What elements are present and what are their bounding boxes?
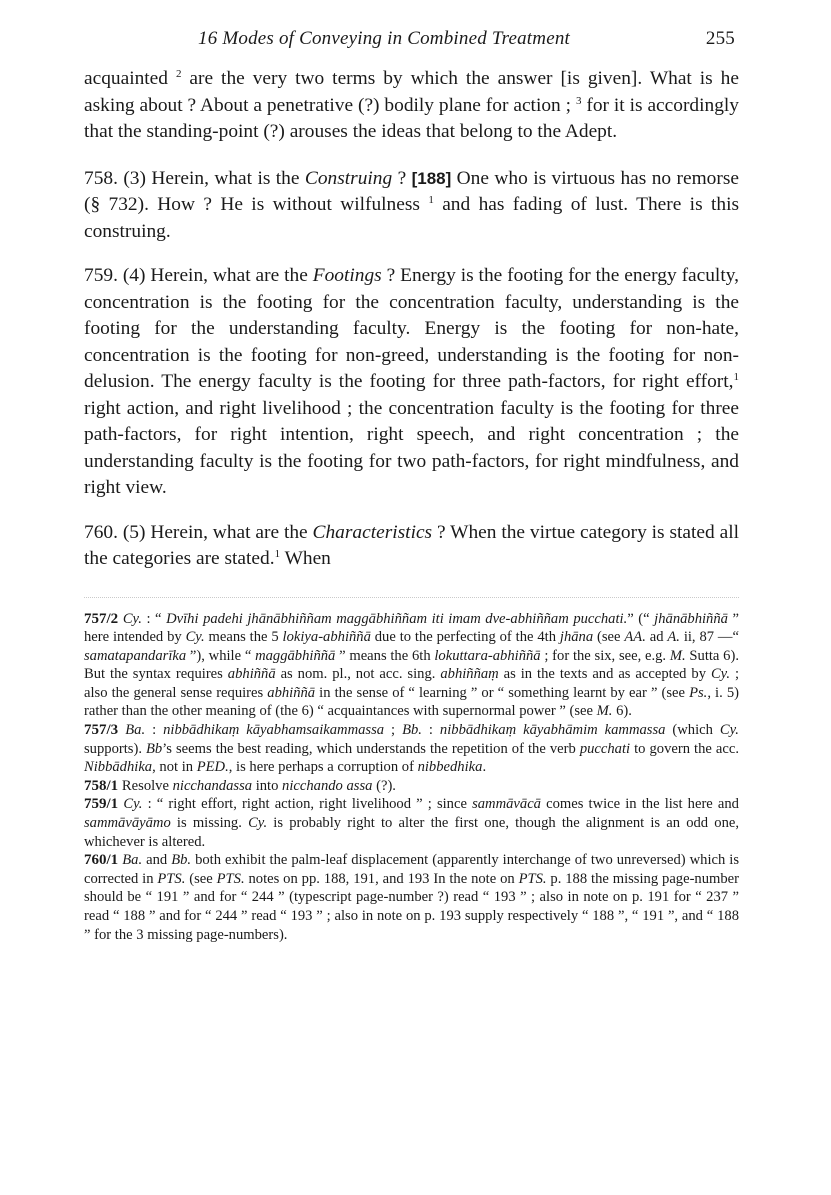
text-span: ”), while “ bbox=[186, 648, 255, 664]
italic-term: sammāvācā bbox=[472, 796, 541, 812]
italic-term: nibbādhikaṃ kāyabhāmim kammassa bbox=[440, 722, 666, 738]
italic-term: Cy. bbox=[123, 796, 142, 812]
text-span: right action, and right livelihood ; the… bbox=[84, 398, 739, 499]
text-span: acquainted bbox=[84, 68, 176, 89]
text-span: ’s seems the best reading, which underst… bbox=[162, 741, 580, 757]
italic-term: Cy. bbox=[720, 722, 739, 738]
text-span: notes on pp. 188, 191, and 193 In the no… bbox=[245, 871, 519, 887]
text-span: Resolve bbox=[122, 778, 173, 794]
text-span: into bbox=[252, 778, 282, 794]
italic-term: abhiññā bbox=[267, 685, 315, 701]
footnote: 758/1 Resolve nicchandassa into nicchand… bbox=[84, 777, 739, 796]
text-span: ad bbox=[646, 629, 668, 645]
footnote-reference: 759/1 bbox=[84, 796, 123, 812]
italic-term: lokuttara-abhiññā bbox=[434, 648, 540, 664]
footnote-reference: 760/1 bbox=[84, 852, 122, 868]
italic-term: M. bbox=[597, 703, 613, 719]
text-span: 6). bbox=[612, 703, 631, 719]
italic-term: Cy. bbox=[123, 611, 142, 627]
italic-term: Construing bbox=[305, 168, 392, 189]
italic-term: Cy. bbox=[248, 815, 267, 831]
text-span: as nom. pl., not acc. sing. bbox=[276, 666, 441, 682]
italic-term: AA. bbox=[624, 629, 645, 645]
text-span: , not in bbox=[152, 759, 197, 775]
text-span: : bbox=[145, 722, 163, 738]
italic-term: PTS. bbox=[157, 871, 185, 887]
italic-term: jhāna bbox=[560, 629, 593, 645]
italic-term: Bb. bbox=[402, 722, 422, 738]
text-span: (which bbox=[665, 722, 719, 738]
italic-term: Cy. bbox=[711, 666, 730, 682]
italic-term: PTS. bbox=[217, 871, 245, 887]
text-span: 758. (3) Herein, what is the bbox=[84, 168, 305, 189]
italic-term: Bb bbox=[146, 741, 162, 757]
text-span: (see bbox=[593, 629, 624, 645]
footnote: 757/2 Cy. : “ Dvīhi padehi jhānābhiññam … bbox=[84, 610, 739, 722]
italic-term: Ps. bbox=[689, 685, 707, 701]
pts-page-reference: [188] bbox=[412, 169, 452, 188]
paragraph-759: 759. (4) Herein, what are the Footings ?… bbox=[84, 263, 739, 502]
italic-term: samatapandarīka bbox=[84, 648, 186, 664]
book-page: 16 Modes of Conveying in Combined Treatm… bbox=[84, 24, 739, 944]
text-span: 760. (5) Herein, what are the bbox=[84, 522, 313, 543]
italic-term: lokiya-abhiññā bbox=[283, 629, 371, 645]
italic-term: maggābhiññā bbox=[255, 648, 335, 664]
text-span: 759. (4) Herein, what are the bbox=[84, 265, 313, 286]
text-span: due to the perfecting of the 4th bbox=[371, 629, 560, 645]
text-span: and bbox=[142, 852, 171, 868]
italic-term: M. bbox=[670, 648, 686, 664]
text-span: ? bbox=[392, 168, 411, 189]
italic-term: PED. bbox=[197, 759, 229, 775]
paragraph-continuation: acquainted 2 are the very two terms by w… bbox=[84, 66, 739, 146]
footnote: 760/1 Ba. and Bb. both exhibit the palm-… bbox=[84, 851, 739, 944]
italic-term: nibbedhika bbox=[418, 759, 483, 775]
italic-term: A. bbox=[667, 629, 680, 645]
main-text: acquainted 2 are the very two terms by w… bbox=[84, 66, 739, 573]
text-span: is missing. bbox=[171, 815, 248, 831]
text-span: ii, 87 —“ bbox=[680, 629, 739, 645]
footnotes: 757/2 Cy. : “ Dvīhi padehi jhānābhiññam … bbox=[84, 610, 739, 945]
running-title: 16 Modes of Conveying in Combined Treatm… bbox=[198, 28, 570, 50]
italic-term: Footings bbox=[313, 265, 382, 286]
page-number: 255 bbox=[706, 28, 735, 50]
text-span: (?). bbox=[372, 778, 396, 794]
text-span: to govern the acc. bbox=[630, 741, 739, 757]
text-span: . bbox=[482, 759, 486, 775]
italic-term: sammāvāyāmo bbox=[84, 815, 171, 831]
text-span: , is here perhaps a corruption of bbox=[229, 759, 418, 775]
text-span: supports). bbox=[84, 741, 146, 757]
italic-term: pucchati bbox=[580, 741, 630, 757]
running-head: 16 Modes of Conveying in Combined Treatm… bbox=[84, 24, 739, 56]
italic-term: Cy. bbox=[186, 629, 205, 645]
italic-term: nicchandassa bbox=[173, 778, 252, 794]
text-span: : “ bbox=[142, 611, 166, 627]
text-span: comes twice in the list here and bbox=[541, 796, 739, 812]
paragraph-758: 758. (3) Herein, what is the Construing … bbox=[84, 166, 739, 246]
text-span: ” means the 6th bbox=[335, 648, 434, 664]
text-span: When bbox=[280, 548, 331, 569]
italic-term: Bb. bbox=[171, 852, 191, 868]
footnote-marker: 1 bbox=[734, 371, 740, 383]
italic-term: Dvīhi padehi jhānābhiññam maggābhiññam i… bbox=[166, 611, 627, 627]
footnote-divider bbox=[84, 597, 739, 598]
italic-term: Ba. bbox=[125, 722, 145, 738]
italic-term: Ba. bbox=[122, 852, 142, 868]
italic-term: PTS. bbox=[519, 871, 547, 887]
footnote: 759/1 Cy. : “ right effort, right action… bbox=[84, 795, 739, 851]
footnote: 757/3 Ba. : nibbādhikaṃ kāyabhamsaikamma… bbox=[84, 721, 739, 777]
italic-term: Nibbādhika bbox=[84, 759, 152, 775]
footnote-reference: 757/2 bbox=[84, 611, 123, 627]
italic-term: nibbādhikaṃ kāyabhamsaikammassa bbox=[163, 722, 384, 738]
text-span: ” (“ bbox=[627, 611, 654, 627]
text-span: ; for the six, see, e.g. bbox=[541, 648, 670, 664]
italic-term: jhānābhiññā bbox=[654, 611, 728, 627]
italic-term: abhiññā bbox=[228, 666, 276, 682]
text-span: ; bbox=[384, 722, 402, 738]
text-span: : bbox=[422, 722, 440, 738]
text-span: means the 5 bbox=[205, 629, 283, 645]
text-span: (see bbox=[185, 871, 216, 887]
footnote-reference: 758/1 bbox=[84, 778, 122, 794]
text-span: as in the texts and as accepted by bbox=[499, 666, 711, 682]
text-span: : “ right effort, right action, right li… bbox=[142, 796, 472, 812]
paragraph-760: 760. (5) Herein, what are the Characteri… bbox=[84, 520, 739, 573]
footnote-reference: 757/3 bbox=[84, 722, 125, 738]
text-span: in the sense of “ learning ” or “ someth… bbox=[315, 685, 689, 701]
italic-term: nicchando assa bbox=[282, 778, 372, 794]
italic-term: Characteristics bbox=[313, 522, 433, 543]
italic-term: abhiññaṃ bbox=[440, 666, 498, 682]
